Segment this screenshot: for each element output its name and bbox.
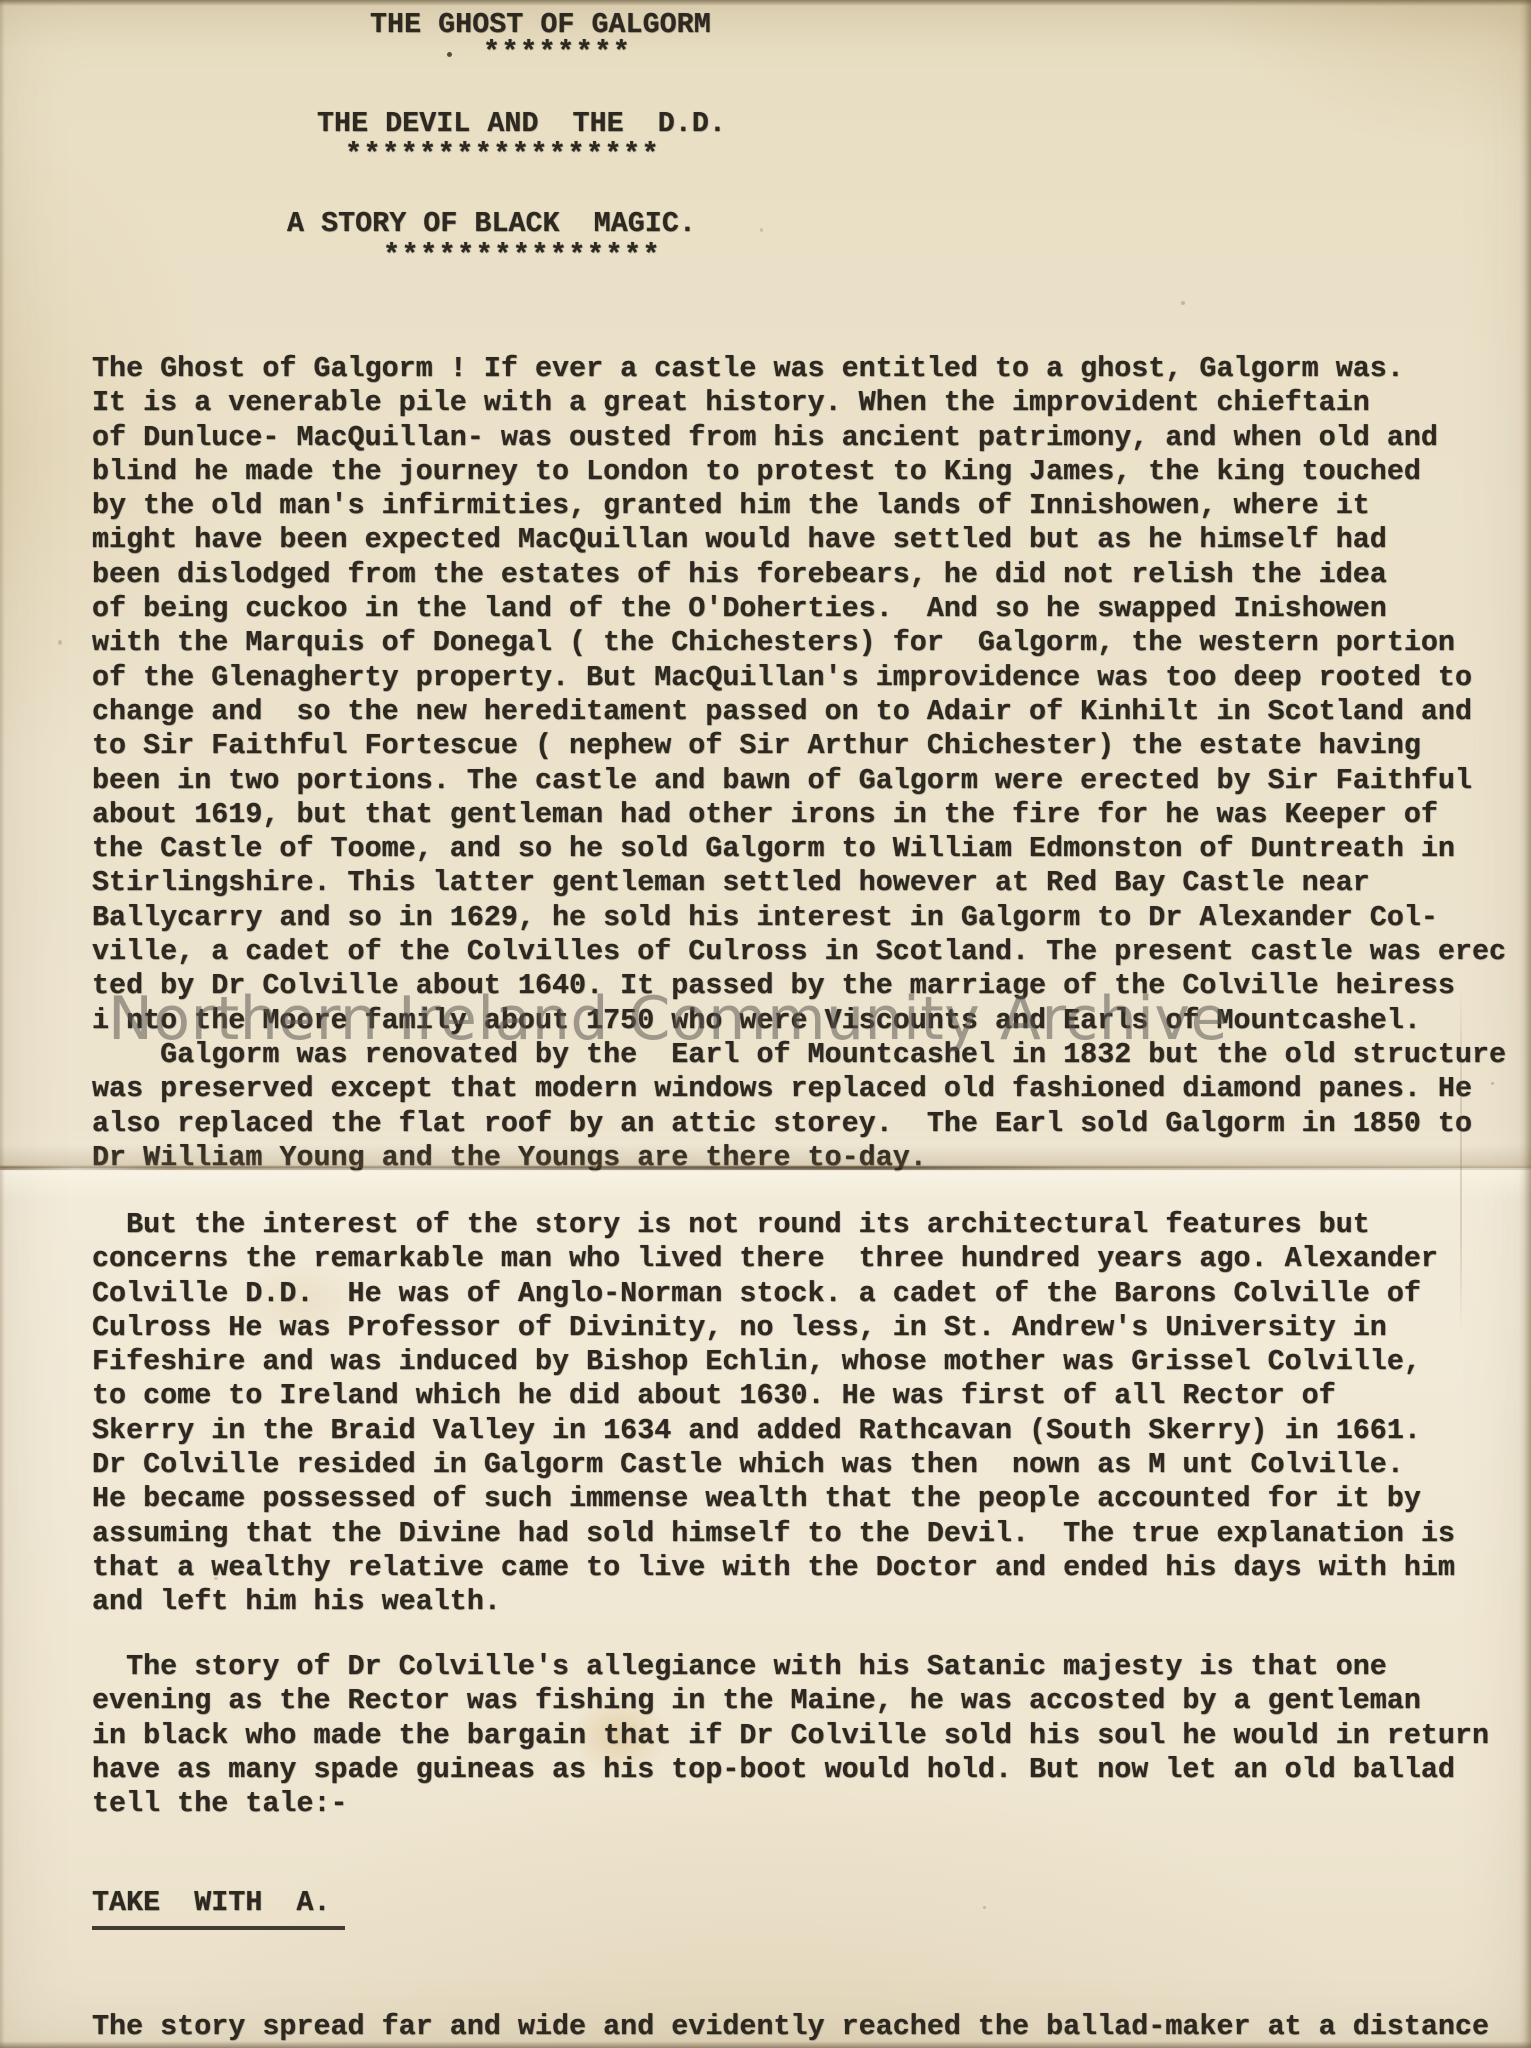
text-line: concerns the remarkable man who lived th… [92,1242,1455,1276]
text-line: assuming that the Divine had sold himsel… [92,1517,1455,1551]
text-line: might have been expected MacQuillan woul… [92,523,1506,557]
title-stars-divider: ******** [483,36,631,69]
ink-speck [58,640,62,645]
text-line: It is a venerable pile with a great hist… [92,386,1506,420]
text-line: The Ghost of Galgorm ! If ever a castle … [92,352,1506,386]
text-line: tell the tale:- [92,1787,1489,1821]
document-subtitle: THE DEVIL AND THE D.D. [317,107,726,140]
text-line: was preserved except that modern windows… [92,1072,1506,1106]
scanned-typewritten-page: THE GHOST OF GALGORM ******** THE DEVIL … [0,0,1531,2048]
section-heading-take-with-a: TAKE WITH A. [92,1886,345,1930]
text-line: been dislodged from the estates of his f… [92,558,1506,592]
text-line: Colville D.D. He was of Anglo-Norman sto… [92,1277,1455,1311]
text-line: about 1619, but that gentleman had other… [92,798,1506,832]
text-line: to come to Ireland which he did about 16… [92,1379,1455,1413]
text-line: Dr Colville resided in Galgorm Castle wh… [92,1448,1455,1482]
text-line: Skerry in the Braid Valley in 1634 and a… [92,1414,1455,1448]
text-line: by the old man's infirmities, granted hi… [92,489,1506,523]
text-line: But the interest of the story is not rou… [92,1208,1455,1242]
text-line: and left him his wealth. [92,1585,1455,1619]
text-line: Fifeshire and was induced by Bishop Echl… [92,1345,1455,1379]
ink-speck [983,1906,986,1909]
page-edge-top [0,0,1531,6]
paragraph-satanic-bargain: The story of Dr Colville's allegiance wi… [92,1650,1489,1821]
document-tagline: A STORY OF BLACK MAGIC. [287,207,696,240]
text-line: Ballycarry and so in 1629, he sold his i… [92,901,1506,935]
closing-line: The story spread far and wide and eviden… [92,2010,1489,2043]
text-line: blind he made the journey to London to p… [92,455,1506,489]
tagline-stars-divider: *************** [383,239,661,272]
subtitle-stars-divider: ***************** [345,138,660,171]
ink-speck [214,1577,218,1580]
ink-speck [1491,1082,1494,1085]
text-line: the Castle of Toome, and so he sold Galg… [92,832,1506,866]
text-line: Stirlingshire. This latter gentleman set… [92,866,1506,900]
text-line: change and so the new hereditament passe… [92,695,1506,729]
ink-speck [760,228,763,232]
text-line: of the Glenagherty property. But MacQuil… [92,661,1506,695]
text-line: in black who made the bargain that if Dr… [92,1719,1489,1753]
text-line: been in two portions. The castle and baw… [92,764,1506,798]
text-line: Culross He was Professor of Divinity, no… [92,1311,1455,1345]
text-line: of being cuckoo in the land of the O'Doh… [92,592,1506,626]
text-line: also replaced the flat roof by an attic … [92,1107,1506,1141]
archive-watermark: Northern Ireland Community Archive [108,984,1228,1054]
text-line: He became possessed of such immense weal… [92,1482,1455,1516]
ink-speck [447,52,452,57]
text-line: evening as the Rector was fishing in the… [92,1684,1489,1718]
fold-crease-shadow [0,1144,1531,1168]
page-edge-bottom [0,2041,1531,2048]
text-line: The story of Dr Colville's allegiance wi… [92,1650,1489,1684]
page-edge-left [0,0,5,2048]
text-line: ville, a cadet of the Colvilles of Culro… [92,935,1506,969]
vertical-crease [1460,985,1462,1335]
text-line: have as many spade guineas as his top-bo… [92,1753,1489,1787]
text-line: of Dunluce- MacQuillan- was ousted from … [92,421,1506,455]
ink-speck [1181,301,1185,305]
text-line: that a wealthy relative came to live wit… [92,1551,1455,1585]
fold-crease-highlight [0,1170,1531,1200]
paragraph-colville: But the interest of the story is not rou… [92,1208,1455,1620]
page-edge-right [1519,0,1531,2048]
text-line: with the Marquis of Donegal ( the Chiche… [92,626,1506,660]
text-line: to Sir Faithful Fortescue ( nephew of Si… [92,729,1506,763]
